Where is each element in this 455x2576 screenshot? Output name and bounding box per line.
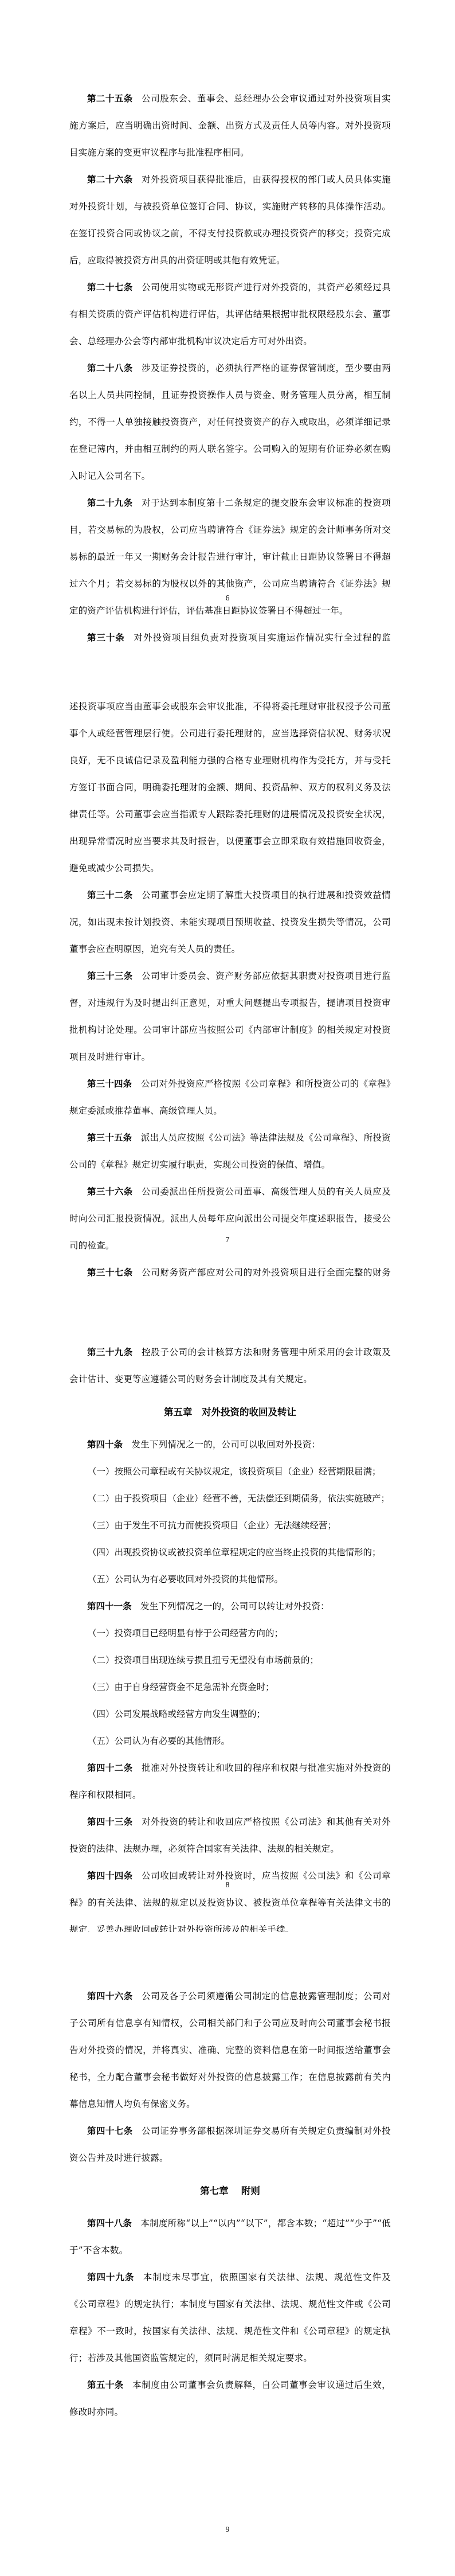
article-39: 第三十九条控股子公司的会计核算方法和财务管理中所采用的会计政策及会计估计、变更等…: [69, 1339, 391, 1393]
article-27: 第二十七条公司使用实物或无形资产进行对外投资的，其资产必须经过具有相关资质的资产…: [69, 274, 391, 355]
article-31-continuation: 述投资事项应当由董事会或股东会审议批准，不得将委托理财审批权授予公司董事个人或经…: [69, 693, 391, 882]
article-41: 第四十一条发生下列情况之一的，公司可以转让对外投资：: [69, 1593, 391, 1620]
article-36: 第三十六条公司委派出任所投资公司董事、高级管理人员的有关人员应及时向公司汇报投资…: [69, 1178, 391, 1259]
article-text: 发生下列情况之一的，公司可以收回对外投资：: [132, 1439, 321, 1450]
page-number: 9: [0, 2526, 455, 2535]
article-40: 第四十条发生下列情况之一的，公司可以收回对外投资：: [69, 1431, 391, 1458]
list-item: （二）由于投资项目（企业）经营不善，无法偿还到期债务，依法实施破产；: [69, 1485, 391, 1512]
list-item: （三）由于自身经营资金不足急需补充资金时；: [69, 1674, 391, 1701]
article-47: 第四十七条公司证券事务部根据深圳证券交易所有关规定负责编制对外投资公告并及时进行…: [69, 2118, 391, 2172]
article-35: 第三十五条派出人员应按照《公司法》等法律法规及《公司章程》、所投资公司的《章程》…: [69, 1125, 391, 1178]
page-body: 第三十九条控股子公司的会计核算方法和财务管理中所采用的会计政策及会计估计、变更等…: [69, 1339, 391, 1932]
article-heading: 第三十四条: [87, 1079, 132, 1089]
article-heading: 第三十九条: [87, 1347, 133, 1357]
article-text: 发生下列情况之一的，公司可以转让对外投资：: [140, 1601, 330, 1611]
page-body: 第四十六条公司及各子公司须遵循公司制定的信息披露管理制度；公司对子公司所有信息享…: [69, 1983, 391, 2426]
page-number: 8: [0, 1881, 455, 1890]
article-heading: 第三十六条: [87, 1186, 133, 1197]
article-heading: 第四十二条: [87, 1763, 133, 1773]
article-32: 第三十二条公司董事会应定期了解重大投资项目的执行进展和投资效益情况，如出现未按计…: [69, 882, 391, 963]
article-text: 对外投资项目获得批准后，由获得授权的部门或人员具体实施对外投资计划，与被投资单位…: [69, 174, 391, 266]
article-37: 第三十七条公司财务资产部应对公司的对外投资项目进行全面完整的财务记录，进行详尽的…: [69, 1259, 391, 1288]
list-item: （一）投资项目已经明显有悖于公司经营方向的；: [69, 1620, 391, 1647]
article-34: 第三十四条公司对外投资应严格按照《公司章程》和所投资公司的《章程》规定委派或推荐…: [69, 1071, 391, 1125]
article-43: 第四十三条对外投资的转让和收回应严格按照《公司法》和其他有关对外投资的法律、法规…: [69, 1809, 391, 1863]
article-heading: 第二十七条: [87, 282, 133, 292]
list-item: （一）按照公司章程或有关协议规定，该投资项目（企业）经营期限届满；: [69, 1458, 391, 1485]
document-page-6: 第二十五条公司股东会、董事会、总经理办公会审议通过对外投资项目实施方案后，应当明…: [0, 0, 455, 644]
page-number: 7: [0, 1236, 455, 1245]
article-heading: 第五十条: [87, 2380, 124, 2390]
article-heading: 第三十二条: [87, 890, 133, 900]
article-text: 公司及各子公司须遵循公司制定的信息披露管理制度；公司对子公司所有信息享有知情权，…: [69, 1991, 391, 2109]
article-44: 第四十四条公司收回或转让对外投资时，应当按照《公司法》和《公司章程》的有关法律、…: [69, 1863, 391, 1932]
article-30: 第三十条对外投资项目组负责对投资项目实施运作情况实行全过程的监督、检查和评价。对…: [69, 625, 391, 644]
document-page-9: 第四十六条公司及各子公司须遵循公司制定的信息披露管理制度；公司对子公司所有信息享…: [0, 1932, 455, 2576]
article-26: 第二十六条对外投资项目获得批准后，由获得授权的部门或人员具体实施对外投资计划，与…: [69, 166, 391, 274]
article-25: 第二十五条公司股东会、董事会、总经理办公会审议通过对外投资项目实施方案后，应当明…: [69, 85, 391, 166]
article-heading: 第三十条: [87, 633, 125, 643]
article-33: 第三十三条公司审计委员会、资产财务部应依据其职责对投资项目进行监督，对违规行为及…: [69, 963, 391, 1071]
article-heading: 第四十三条: [87, 1817, 133, 1827]
list-item: （四）公司发展战略或经营方向发生调整的；: [69, 1701, 391, 1728]
article-heading: 第二十九条: [87, 498, 133, 508]
article-heading: 第三十三条: [87, 971, 133, 981]
article-46: 第四十六条公司及各子公司须遵循公司制定的信息披露管理制度；公司对子公司所有信息享…: [69, 1983, 391, 2118]
article-heading: 第四十七条: [87, 2126, 133, 2136]
list-item: （二）投资项目出现连续亏损且扭亏无望没有市场前景的；: [69, 1647, 391, 1674]
article-text: 述投资事项应当由董事会或股东会审议批准，不得将委托理财审批权授予公司董事个人或经…: [69, 701, 391, 873]
article-heading: 第四十条: [87, 1439, 123, 1450]
article-heading: 第四十四条: [87, 1871, 133, 1881]
article-heading: 第二十五条: [87, 93, 133, 104]
chapter-5-heading: 第五章 对外投资的收回及转让: [69, 1393, 391, 1431]
article-heading: 第四十一条: [87, 1601, 132, 1611]
list-item: （四）出现投资协议或被投资单位章程规定的应当终止投资的其他情形的；: [69, 1539, 391, 1566]
list-item: （五）公司认为有必要的其他情形。: [69, 1728, 391, 1755]
article-48: 第四十八条本制度所称“以上”“以内”“以下”，都含本数；“超过”“少于”“低于”…: [69, 2210, 391, 2264]
page-body: 述投资事项应当由董事会或股东会审议批准，不得将委托理财审批权授予公司董事个人或经…: [69, 693, 391, 1288]
article-text: 本制度未尽事宜，依照国家有关法律、法规、规范性文件及《公司章程》的规定执行；本制…: [69, 2272, 391, 2363]
article-text: 涉及证券投资的，必须执行严格的证券保管制度，至少要由两名以上人员共同控制，且证券…: [69, 363, 391, 481]
list-item: （三）由于发生不可抗力而使投资项目（企业）无法继续经营；: [69, 1512, 391, 1539]
article-heading: 第三十五条: [87, 1133, 132, 1143]
page-body: 第二十五条公司股东会、董事会、总经理办公会审议通过对外投资项目实施方案后，应当明…: [69, 85, 391, 644]
article-29: 第二十九条对于达到本制度第十二条规定的提交股东会审议标准的投资项目，若交易标的为…: [69, 490, 391, 625]
chapter-7-heading: 第七章 附则: [69, 2172, 391, 2210]
article-heading: 第二十六条: [87, 174, 133, 185]
list-item: （五）公司认为有必要收回对外投资的其他情形。: [69, 1566, 391, 1593]
article-heading: 第二十八条: [87, 363, 133, 373]
page-number: 6: [0, 594, 455, 603]
article-heading: 第四十九条: [87, 2272, 134, 2282]
article-28: 第二十八条涉及证券投资的，必须执行严格的证券保管制度，至少要由两名以上人员共同控…: [69, 355, 391, 490]
document-page-7: 述投资事项应当由董事会或股东会审议批准，不得将委托理财审批权授予公司董事个人或经…: [0, 644, 455, 1288]
article-text: 公司审计委员会、资产财务部应依据其职责对投资项目进行监督，对违规行为及时提出纠正…: [69, 971, 391, 1062]
document-page-8: 第三十九条控股子公司的会计核算方法和财务管理中所采用的会计政策及会计估计、变更等…: [0, 1288, 455, 1932]
article-heading: 第三十七条: [87, 1267, 133, 1278]
article-42: 第四十二条批准对外投资转让和收回的程序和权限与批准实施对外投资的程序和权限相同。: [69, 1755, 391, 1809]
article-50: 第五十条本制度由公司董事会负责解释，自公司董事会审议通过后生效，修改时亦同。: [69, 2372, 391, 2426]
article-heading: 第四十八条: [87, 2218, 132, 2228]
article-49: 第四十九条本制度未尽事宜，依照国家有关法律、法规、规范性文件及《公司章程》的规定…: [69, 2264, 391, 2372]
article-heading: 第四十六条: [87, 1991, 133, 2001]
